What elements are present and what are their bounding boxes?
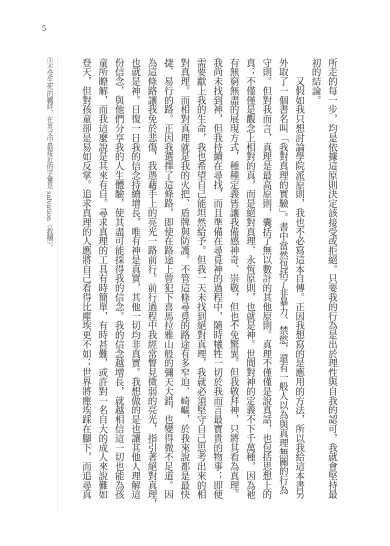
- text-column: 真；不僅僅是觀念上相對的真，而是絕對真理、永恆原則，也就是神。世間對神的定義不下…: [241, 58, 257, 506]
- text-column: 登天，但對孩童卻是易如反掌。追求真理的人應將自己看得比塵埃更不如；世界將塵埃踩在…: [77, 58, 93, 506]
- text-column: 有無窮無盡的展現方式，種種定義皆讓我備感神奇、崇敬，但也不免驚異。但我敬拜神，只…: [224, 58, 240, 506]
- text-column: 捷、易行的路。正因我選擇了這條路，即使在路途上曾犯下喜馬拉雅山般的彌天大錯，也變…: [159, 58, 175, 506]
- text-column: 又假如我只想討論學院派原則，我也不必寫這本自傳。正因我想寫的是應用的方法，所以我…: [290, 58, 306, 506]
- text-column: 童所瞭解，而我這麼說是其來有自。尋求真理的工具有時簡單，有時甚難，或許對一名自大…: [93, 58, 109, 506]
- text-column: 為這條路讓我免於悲傷，我憑藉手上的亮光一路前行。前行過程中我經常瞥見微弱的亮光，…: [142, 58, 158, 506]
- footnote-divider: [57, 56, 58, 512]
- text-column: 對真理。而相對真理就是我的火把、盾牌與防護。不管這條尋覓的路途有多窄迫、崎嶇，於…: [175, 58, 191, 506]
- text-column: 所走的每一步，均是依據這原則決定該接受或拒絕。只要我的行為是出於理性與自我的認可…: [323, 58, 339, 506]
- text-column: 需要獻上我的生命，我也希望自己能坦然給予。但我一天未找到絕對真理，我就必須堅守自…: [191, 58, 207, 506]
- text-column: 我尚未找到神，但我持續在尋找，而且準備在尋覓神的過程中，隨時犧牲一切於我而言最寶…: [208, 58, 224, 506]
- page-number: 5: [42, 24, 46, 33]
- text-column: 外取了一個書名叫「我對真理的實驗」。書中當然包括了非暴力、禁慾，還有一般人以為與…: [273, 58, 289, 506]
- text-column: 初的結論。: [306, 58, 322, 506]
- body-text: 所走的每一步，均是依據這原則決定該接受或拒絕。只要我的行為是出於理性與自我的認可…: [77, 58, 340, 506]
- footnote: ③不受生死的羈絆，在英文中最接近的字彙是 salvation（救贖）。: [44, 57, 53, 317]
- text-column: 份信念，與他們分享我的人生體驗，使其盡可能採得我的信念。我的信念越增長，就越相信…: [109, 58, 125, 506]
- text-column: 守則。但對我而言，真理是最高原則，囊括了無以數計的其他原則。真理不僅僅是說真話，…: [257, 58, 273, 506]
- text-column: 也就是神。日復一日我的信念持續增長，唯有神是真實，其他一切均非真實。我想做的是也…: [126, 58, 142, 506]
